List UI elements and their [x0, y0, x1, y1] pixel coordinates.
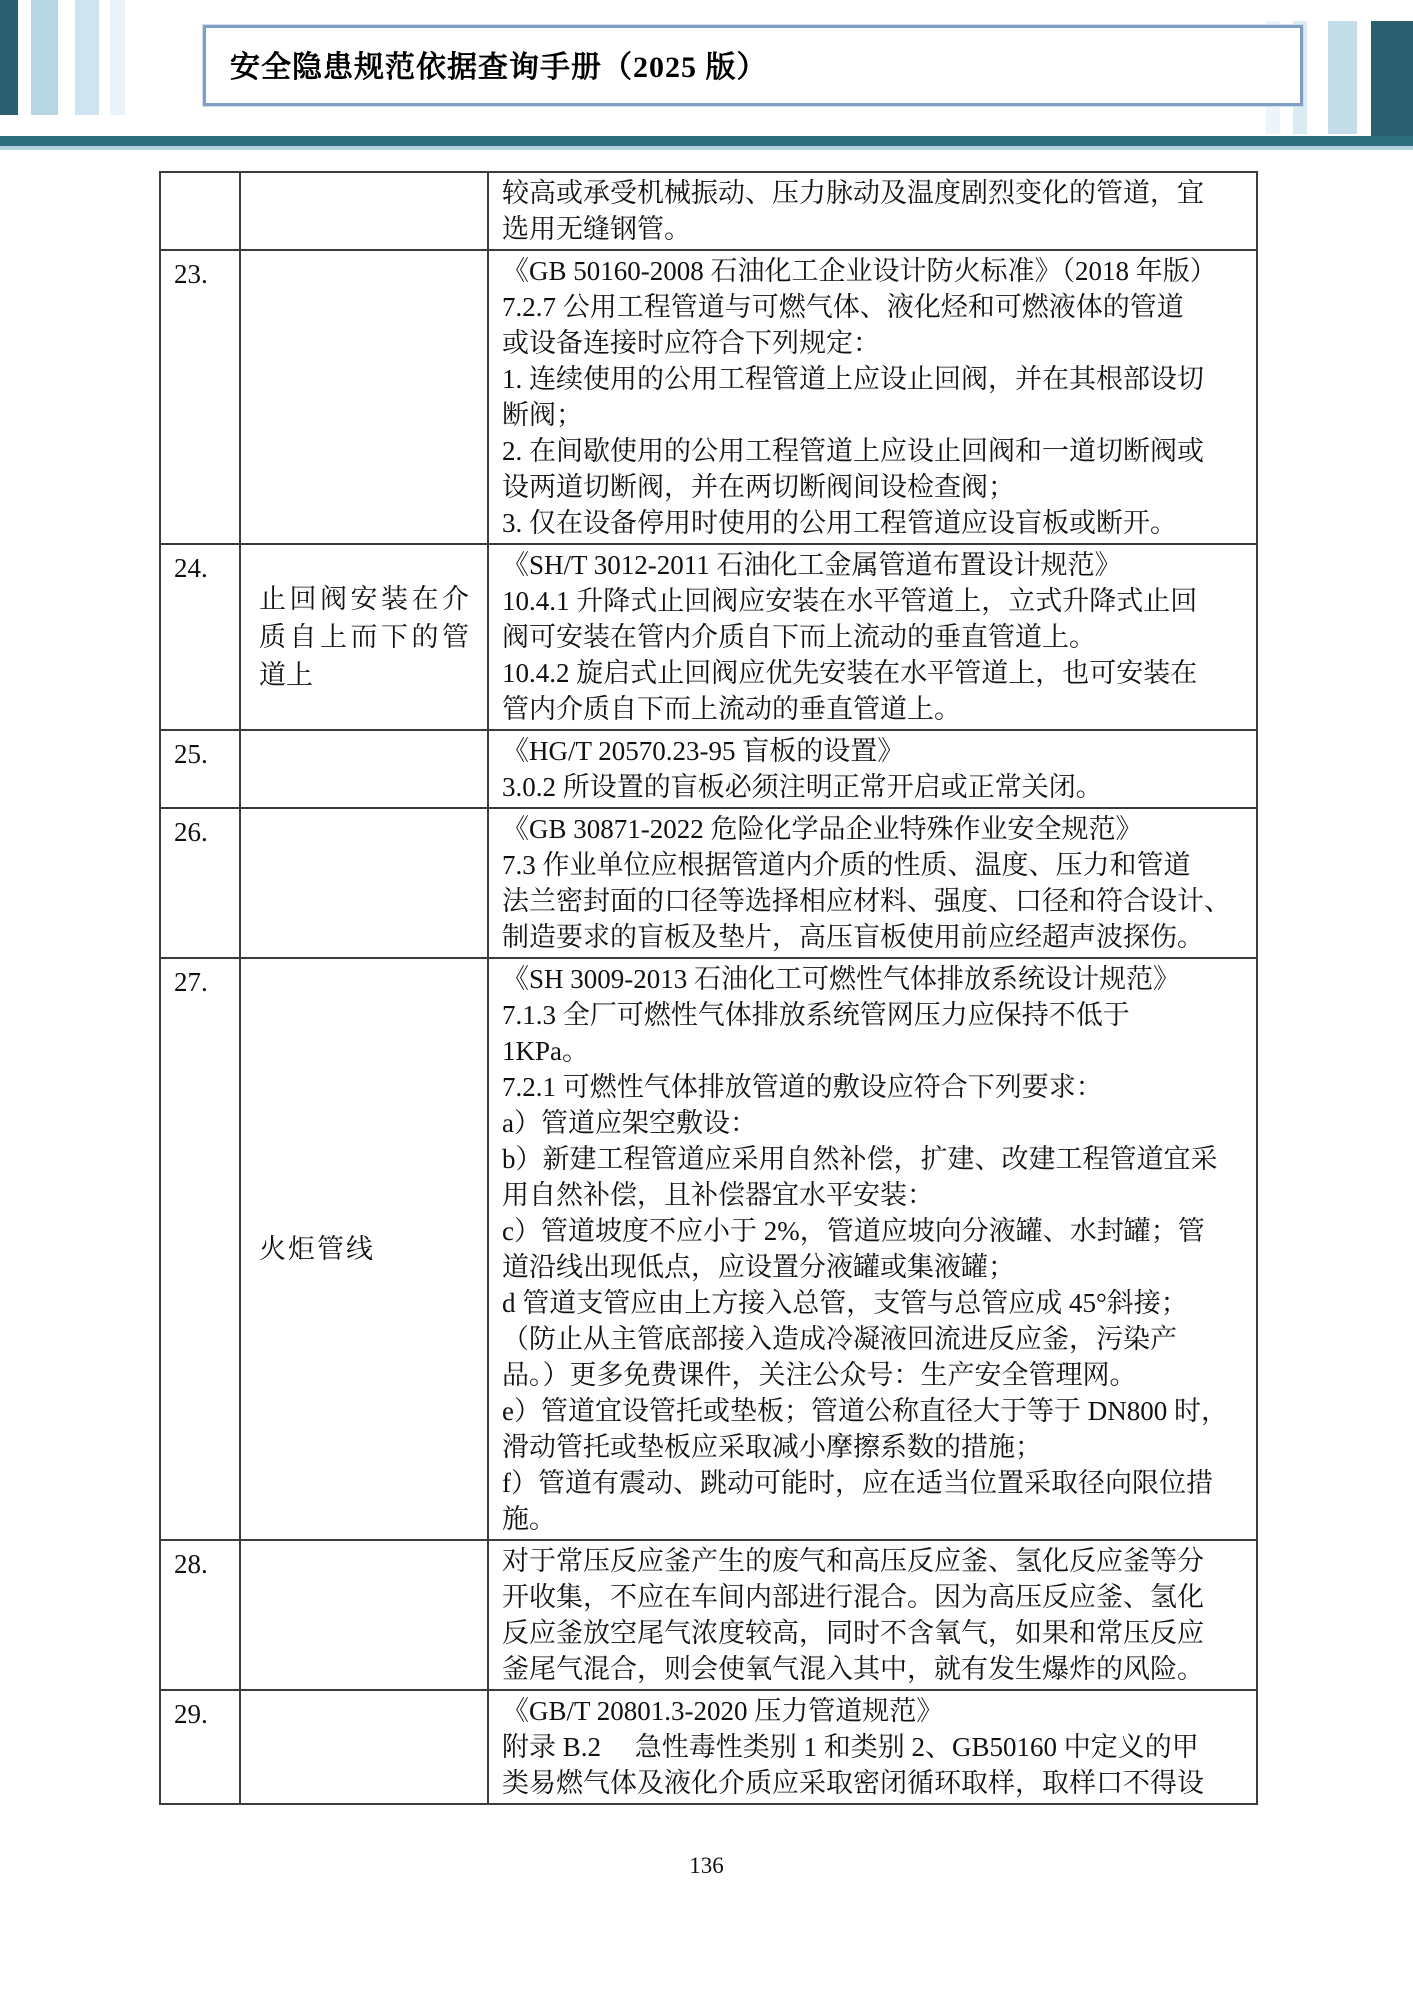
row-category-cell — [241, 809, 489, 957]
content-line: d 管道支管应由上方接入总管，支管与总管应成 45°斜接； — [502, 1285, 1248, 1321]
content-line: 选用无缝钢管。 — [502, 211, 1248, 247]
row-content-cell: 对于常压反应釜产生的废气和高压反应釜、氢化反应釜等分开收集，不应在车间内部进行混… — [489, 1541, 1256, 1689]
category-line: 止回阀安装在介 — [259, 580, 469, 618]
table-row: 28. 对于常压反应釜产生的废气和高压反应釜、氢化反应釜等分开收集，不应在车间内… — [161, 1541, 1256, 1691]
table-row: 26. 《GB 30871-2022 危险化学品企业特殊作业安全规范》7.3 作… — [161, 809, 1256, 959]
row-content-cell: 《SH 3009-2013 石油化工可燃性气体排放系统设计规范》7.1.3 全厂… — [489, 959, 1256, 1539]
content-line: 《HG/T 20570.23-95 盲板的设置》 — [502, 733, 1248, 769]
row-content-cell: 《SH/T 3012-2011 石油化工金属管道布置设计规范》10.4.1 升降… — [489, 545, 1256, 729]
row-number: 28. — [174, 1549, 208, 1579]
row-number-cell: 24. — [161, 545, 241, 729]
deco-bar-right-1 — [1328, 21, 1357, 134]
table-row: 25. 《HG/T 20570.23-95 盲板的设置》3.0.2 所设置的盲板… — [161, 731, 1256, 809]
content-line: 管内介质自下而上流动的垂直管道上。 — [502, 691, 1248, 727]
content-line: 反应釜放空尾气浓度较高，同时不含氧气，如果和常压反应 — [502, 1615, 1248, 1651]
deco-bar-left-3 — [110, 0, 125, 115]
row-number-cell: 23. — [161, 251, 241, 543]
content-line: 或设备连接时应符合下列规定： — [502, 325, 1248, 361]
row-number: 27. — [174, 967, 208, 997]
table-row: 较高或承受机械振动、压力脉动及温度剧烈变化的管道，宜选用无缝钢管。 — [161, 173, 1256, 251]
page-title: 安全隐患规范依据查询手册（2025 版） — [230, 42, 768, 86]
content-line: a）管道应架空敷设： — [502, 1105, 1248, 1141]
deco-bar-left-dark — [0, 0, 18, 115]
regulations-table: 较高或承受机械振动、压力脉动及温度剧烈变化的管道，宜选用无缝钢管。 23. 《G… — [159, 171, 1258, 1805]
category-line: 道上 — [259, 656, 469, 694]
content-line: 《GB 50160-2008 石油化工企业设计防火标准》（2018 年版） — [502, 253, 1248, 289]
content-line: 附录 B.2 急性毒性类别 1 和类别 2、GB50160 中定义的甲 — [502, 1729, 1248, 1765]
content-line: 10.4.1 升降式止回阀应安装在水平管道上，立式升降式止回 — [502, 583, 1248, 619]
table-row: 23. 《GB 50160-2008 石油化工企业设计防火标准》（2018 年版… — [161, 251, 1256, 545]
content-line: 《GB 30871-2022 危险化学品企业特殊作业安全规范》 — [502, 811, 1248, 847]
row-number-cell: 25. — [161, 731, 241, 807]
row-category-cell — [241, 173, 489, 249]
content-line: 7.2.7 公用工程管道与可燃气体、液化烃和可燃液体的管道 — [502, 289, 1248, 325]
content-line: 设两道切断阀，并在两切断阀间设检查阀； — [502, 469, 1248, 505]
content-line: 7.3 作业单位应根据管道内介质的性质、温度、压力和管道 — [502, 847, 1248, 883]
category-line: 火炬管线 — [259, 1230, 469, 1268]
content-line: 《SH 3009-2013 石油化工可燃性气体排放系统设计规范》 — [502, 961, 1248, 997]
row-number-cell: 29. — [161, 1691, 241, 1803]
header-title-box: 安全隐患规范依据查询手册（2025 版） — [203, 25, 1303, 106]
row-category-cell — [241, 251, 489, 543]
content-line: 7.2.1 可燃性气体排放管道的敷设应符合下列要求： — [502, 1069, 1248, 1105]
content-line: 1KPa。 — [502, 1033, 1248, 1069]
deco-bar-left-2 — [75, 0, 99, 115]
content-line: 法兰密封面的口径等选择相应材料、强度、口径和符合设计、 — [502, 883, 1248, 919]
row-number: 25. — [174, 739, 208, 769]
content-line: 对于常压反应釜产生的废气和高压反应釜、氢化反应釜等分 — [502, 1543, 1248, 1579]
row-number-cell — [161, 173, 241, 249]
row-category-cell — [241, 731, 489, 807]
content-line: 断阀； — [502, 397, 1248, 433]
content-line: b）新建工程管道应采用自然补偿，扩建、改建工程管道宜采 — [502, 1141, 1248, 1177]
table-row: 27. 火炬管线 《SH 3009-2013 石油化工可燃性气体排放系统设计规范… — [161, 959, 1256, 1541]
row-number: 23. — [174, 259, 208, 289]
content-line: 1. 连续使用的公用工程管道上应设止回阀，并在其根部设切 — [502, 361, 1248, 397]
content-line: 10.4.2 旋启式止回阀应优先安装在水平管道上，也可安装在 — [502, 655, 1248, 691]
document-page: 安全隐患规范依据查询手册（2025 版） 较高或承受机械振动、压力脉动及温度剧烈… — [0, 0, 1413, 2000]
content-line: 道沿线出现低点，应设置分液罐或集液罐； — [502, 1249, 1248, 1285]
row-number: 26. — [174, 817, 208, 847]
content-line: 用自然补偿，且补偿器宜水平安装： — [502, 1177, 1248, 1213]
header-divider-band — [0, 136, 1413, 146]
row-content-cell: 较高或承受机械振动、压力脉动及温度剧烈变化的管道，宜选用无缝钢管。 — [489, 173, 1256, 249]
deco-bar-left-1 — [31, 0, 58, 115]
row-number-cell: 27. — [161, 959, 241, 1539]
content-line: 制造要求的盲板及垫片，高压盲板使用前应经超声波探伤。 — [502, 919, 1248, 955]
table-row: 29. 《GB/T 20801.3-2020 压力管道规范》附录 B.2 急性毒… — [161, 1691, 1256, 1803]
row-content-cell: 《GB 50160-2008 石油化工企业设计防火标准》（2018 年版）7.2… — [489, 251, 1256, 543]
category-line: 质自上而下的管 — [259, 618, 469, 656]
row-number-cell: 26. — [161, 809, 241, 957]
content-line: 品。）更多免费课件，关注公众号：生产安全管理网。 — [502, 1357, 1248, 1393]
content-line: 《GB/T 20801.3-2020 压力管道规范》 — [502, 1693, 1248, 1729]
content-line: 滑动管托或垫板应采取减小摩擦系数的措施； — [502, 1429, 1248, 1465]
content-line: 开收集，不应在车间内部进行混合。因为高压反应釜、氢化 — [502, 1579, 1248, 1615]
content-line: c）管道坡度不应小于 2%，管道应坡向分液罐、水封罐；管 — [502, 1213, 1248, 1249]
content-line: 7.1.3 全厂可燃性气体排放系统管网压力应保持不低于 — [502, 997, 1248, 1033]
row-category-cell: 止回阀安装在介质自上而下的管道上 — [241, 545, 489, 729]
content-line: 3. 仅在设备停用时使用的公用工程管道应设盲板或断开。 — [502, 505, 1248, 541]
row-number: 29. — [174, 1699, 208, 1729]
page-number: 136 — [0, 1853, 1413, 1879]
header-divider-band-light — [0, 146, 1413, 150]
row-category-cell: 火炬管线 — [241, 959, 489, 1539]
table-row: 24. 止回阀安装在介质自上而下的管道上 《SH/T 3012-2011 石油化… — [161, 545, 1256, 731]
row-number-cell: 28. — [161, 1541, 241, 1689]
deco-bar-right-dark — [1371, 21, 1413, 137]
content-line: 2. 在间歇使用的公用工程管道上应设止回阀和一道切断阀或 — [502, 433, 1248, 469]
row-content-cell: 《HG/T 20570.23-95 盲板的设置》3.0.2 所设置的盲板必须注明… — [489, 731, 1256, 807]
row-number: 24. — [174, 553, 208, 583]
row-content-cell: 《GB 30871-2022 危险化学品企业特殊作业安全规范》7.3 作业单位应… — [489, 809, 1256, 957]
content-line: 《SH/T 3012-2011 石油化工金属管道布置设计规范》 — [502, 547, 1248, 583]
content-line: 类易燃气体及液化介质应采取密闭循环取样，取样口不得设 — [502, 1765, 1248, 1801]
row-category-cell — [241, 1541, 489, 1689]
content-line: 较高或承受机械振动、压力脉动及温度剧烈变化的管道，宜 — [502, 175, 1248, 211]
content-line: 釜尾气混合，则会使氧气混入其中，就有发生爆炸的风险。 — [502, 1651, 1248, 1687]
content-line: 施。 — [502, 1501, 1248, 1537]
content-line: 3.0.2 所设置的盲板必须注明正常开启或正常关闭。 — [502, 769, 1248, 805]
content-line: e）管道宜设管托或垫板；管道公称直径大于等于 DN800 时， — [502, 1393, 1248, 1429]
row-category-cell — [241, 1691, 489, 1803]
row-content-cell: 《GB/T 20801.3-2020 压力管道规范》附录 B.2 急性毒性类别 … — [489, 1691, 1256, 1803]
content-line: （防止从主管底部接入造成冷凝液回流进反应釜，污染产 — [502, 1321, 1248, 1357]
content-line: f）管道有震动、跳动可能时，应在适当位置采取径向限位措 — [502, 1465, 1248, 1501]
content-line: 阀可安装在管内介质自下而上流动的垂直管道上。 — [502, 619, 1248, 655]
